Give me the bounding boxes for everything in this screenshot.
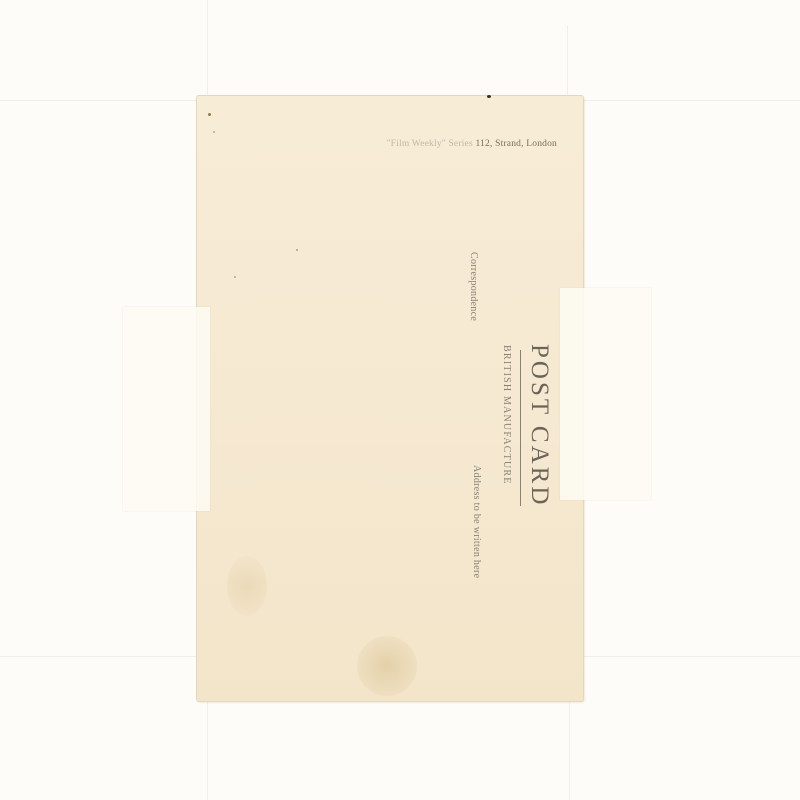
publisher-line: "Film Weekly" Series 112, Strand, London	[327, 139, 557, 149]
publisher-series: "Film Weekly" Series	[387, 139, 473, 149]
postcard-back: "Film Weekly" Series 112, Strand, London…	[197, 96, 583, 701]
publisher-address: 112, Strand, London	[475, 139, 557, 149]
tape-strip-right	[560, 288, 651, 500]
speck	[213, 131, 215, 133]
speck	[487, 95, 491, 98]
stain	[357, 636, 417, 696]
tape-strip-left	[123, 307, 210, 511]
divider-line	[520, 350, 521, 506]
stain	[227, 556, 267, 616]
speck	[208, 113, 211, 116]
speck	[234, 276, 236, 278]
address-label: Address to be written here	[471, 465, 482, 578]
correspondence-label: Correspondence	[468, 252, 479, 321]
manufacture-label: BRITISH MANUFACTURE	[501, 345, 512, 485]
speck	[296, 249, 298, 251]
post-card-title: POST CARD	[525, 344, 553, 507]
